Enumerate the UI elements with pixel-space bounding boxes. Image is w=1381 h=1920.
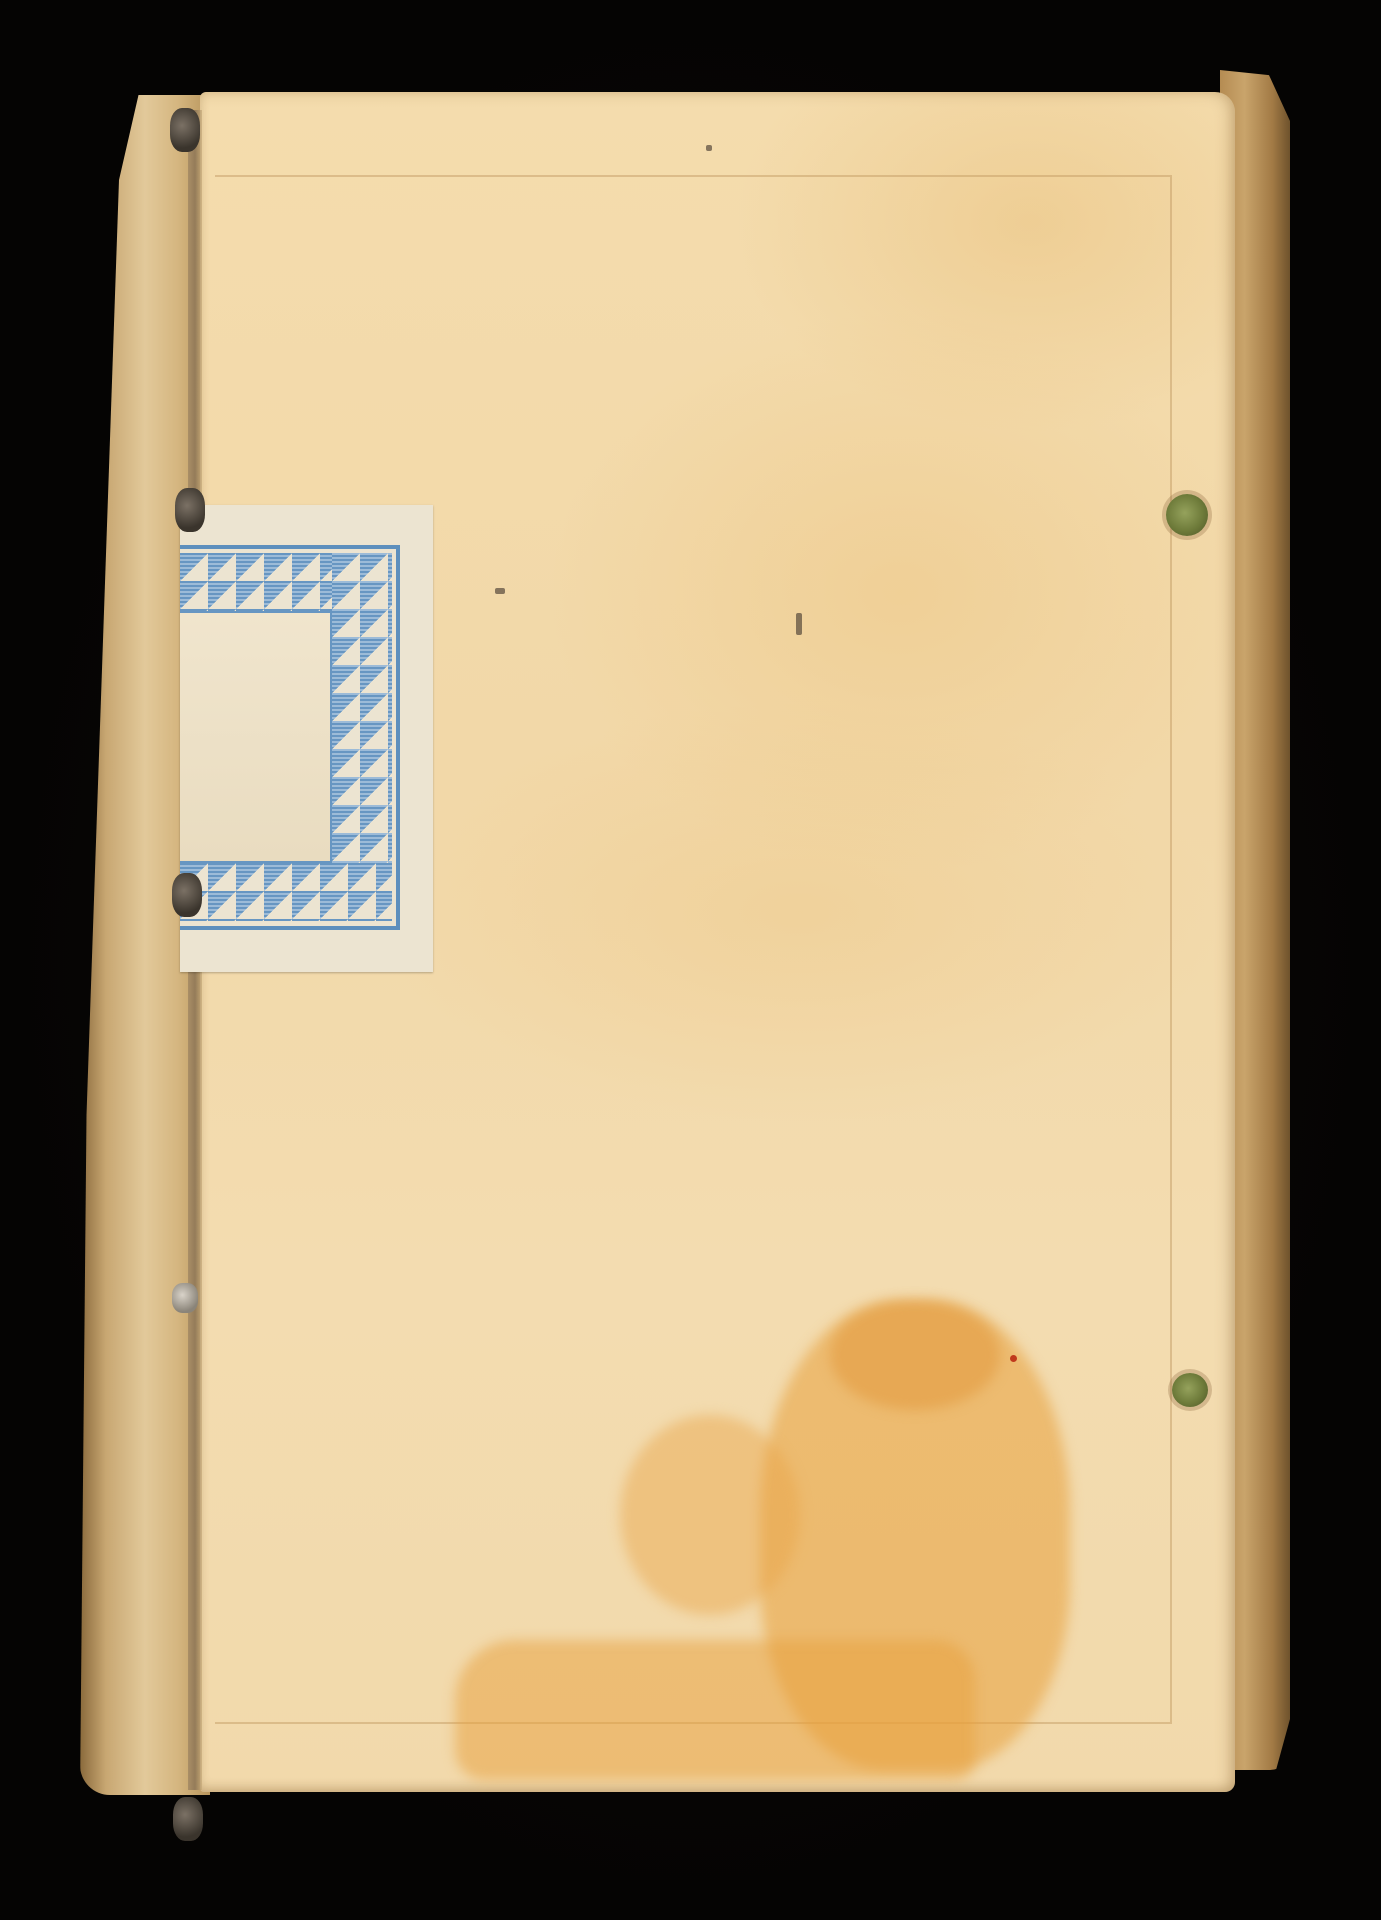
silk-tie-remnant [1166, 494, 1208, 536]
label-pattern-bottom [180, 863, 392, 921]
surface-mark [796, 613, 802, 635]
red-spot [1010, 1355, 1017, 1362]
spine-band-knot [170, 108, 200, 152]
spine-band-knot [172, 873, 202, 917]
water-stain [455, 1640, 975, 1780]
spine-band-knot [175, 488, 205, 532]
surface-mark [495, 588, 505, 594]
water-stain [830, 1300, 1000, 1410]
surface-mark [706, 145, 712, 151]
silk-tie-remnant [1172, 1373, 1208, 1407]
spine-label [180, 505, 433, 972]
label-blank-area [180, 611, 332, 863]
water-stain [620, 1415, 800, 1615]
spine-band-knot [172, 1283, 198, 1313]
spine-band-knot [173, 1797, 203, 1841]
